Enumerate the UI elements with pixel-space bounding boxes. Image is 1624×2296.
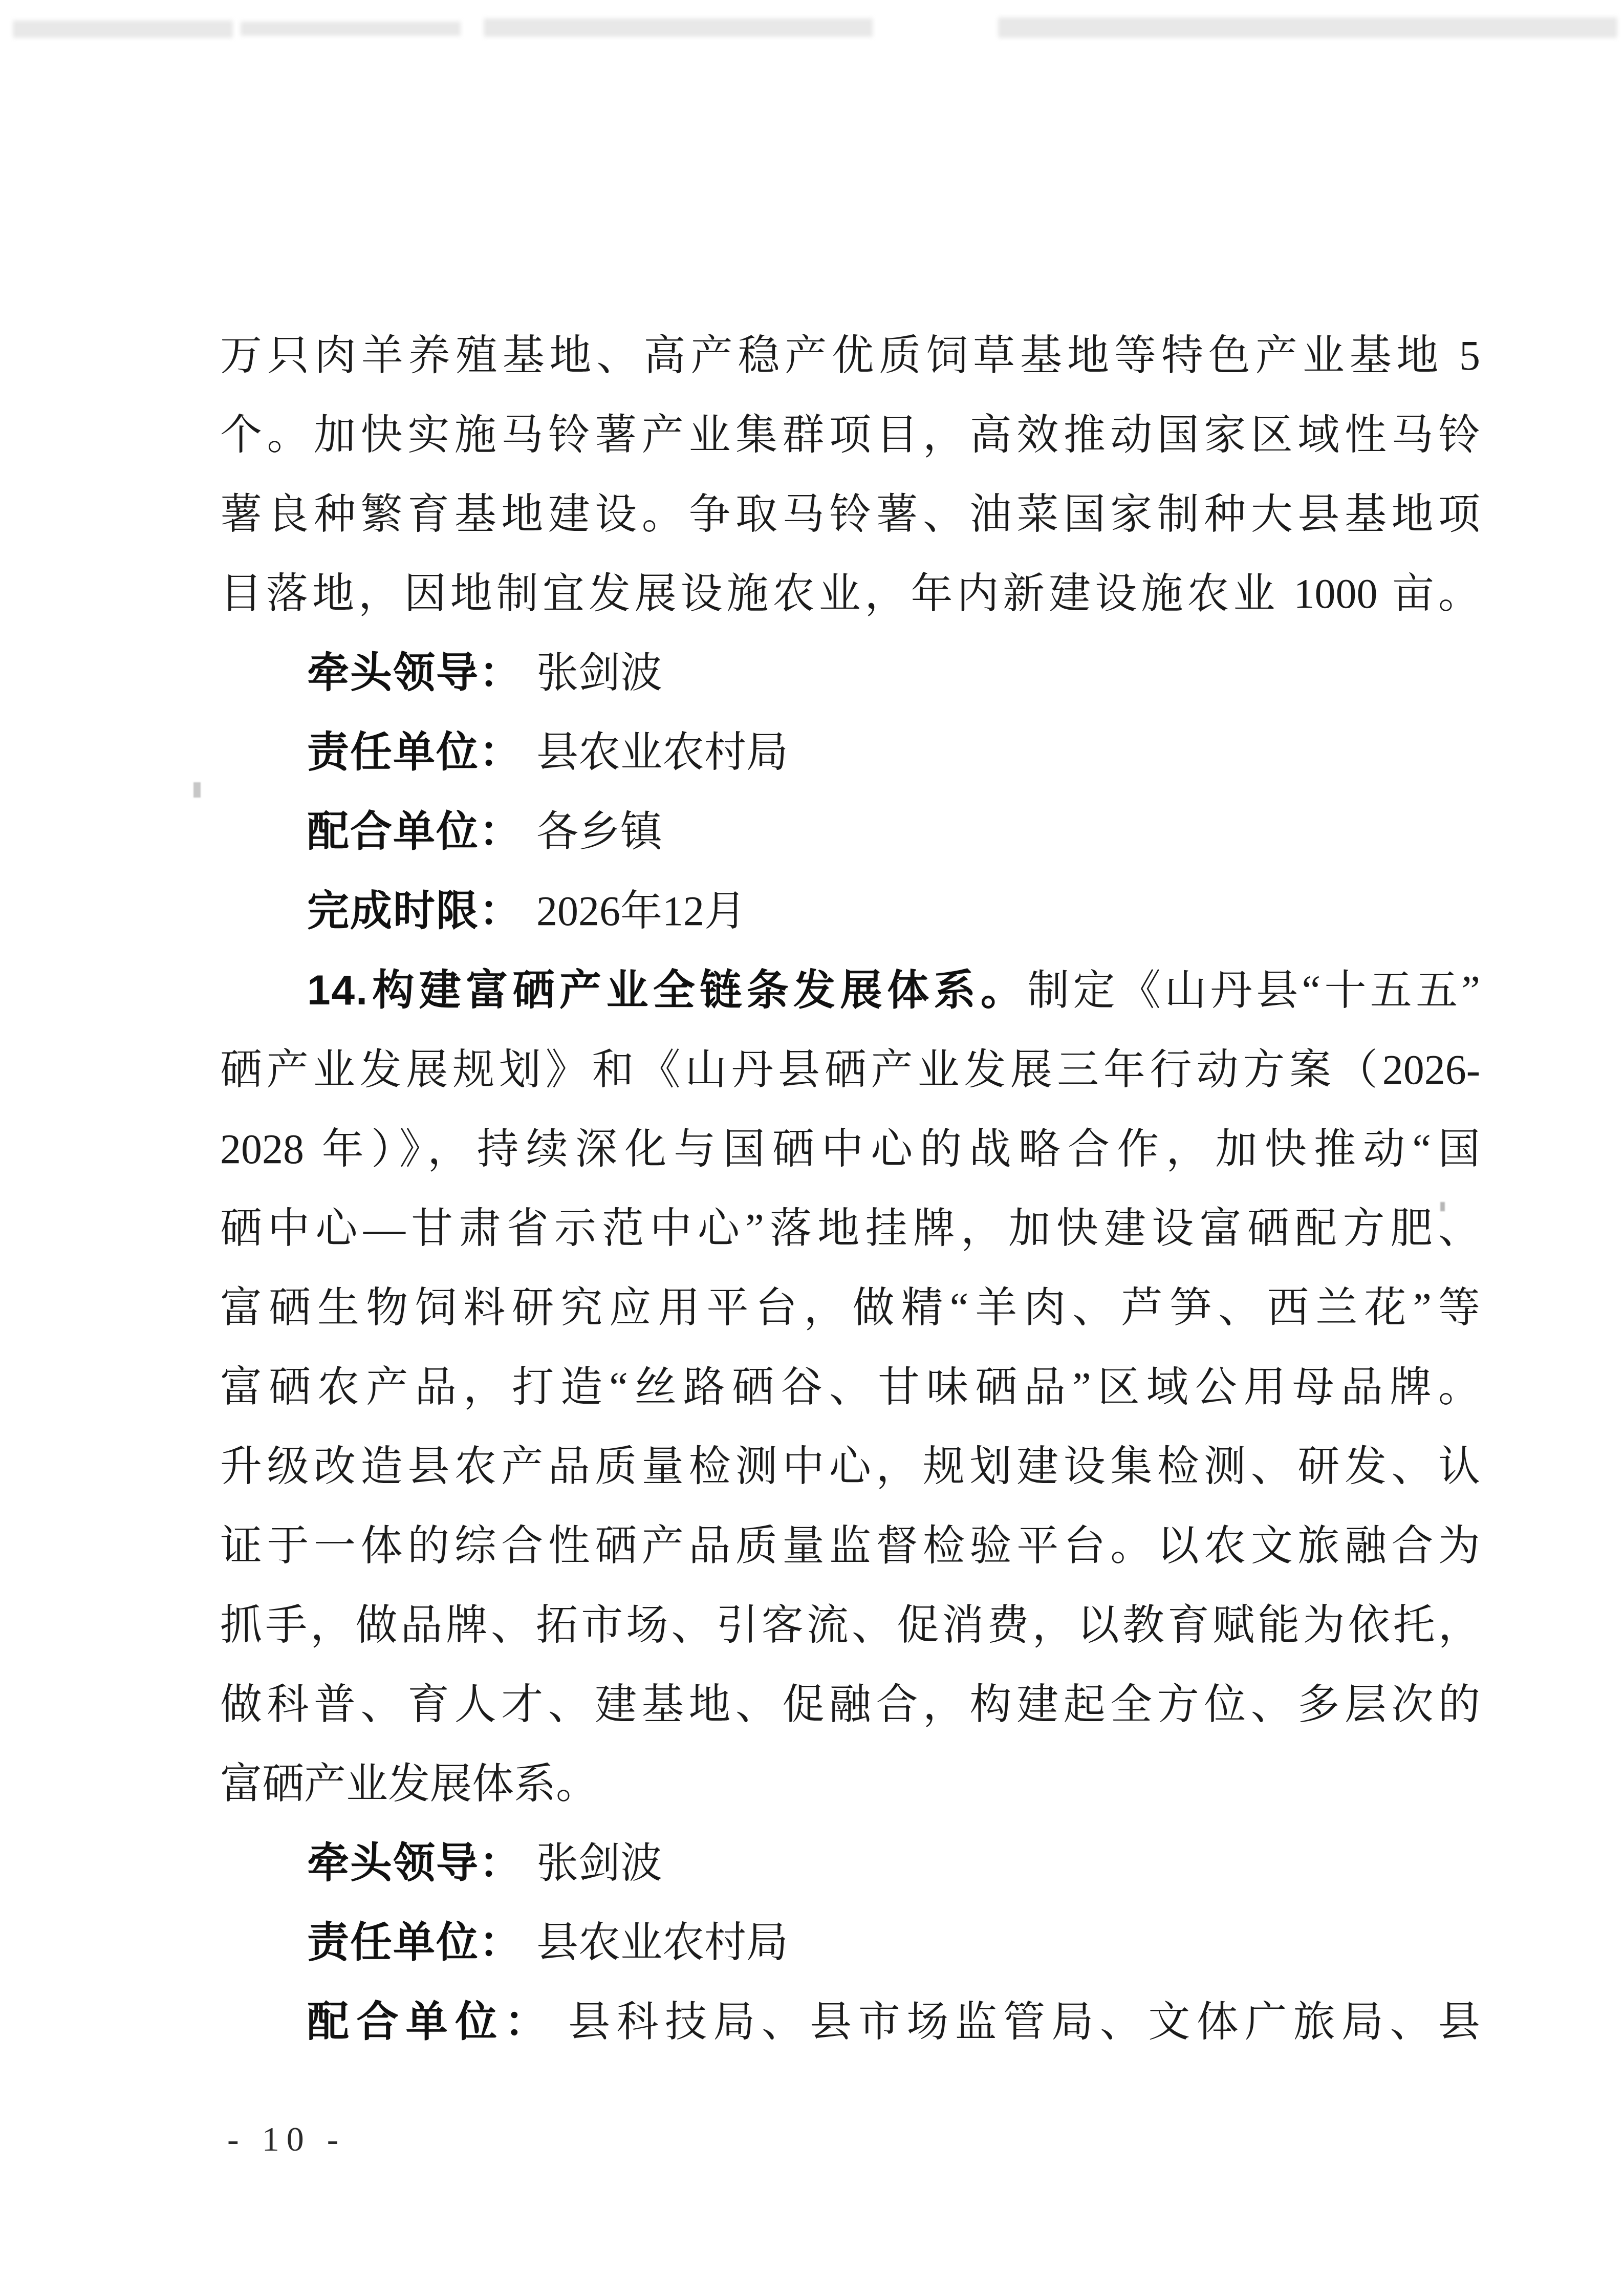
meta-value: 县科技局、县市场监管局、文体广旅局、县: [554, 1999, 1480, 2045]
body-line: 2028 年）》，持续深化与国硒中心的战略合作，加快推动“国: [220, 1109, 1480, 1189]
meta-value: 张剑波: [522, 1840, 662, 1886]
body-line: 升级改造县农产品质量检测中心，规划建设集检测、研发、认: [220, 1427, 1480, 1506]
meta-label: 配合单位：: [307, 1999, 554, 2045]
item14-heading: 14.构建富硒产业全链条发展体系。: [307, 967, 1027, 1014]
page-number: - 10 -: [227, 2113, 345, 2164]
body-line: 万只肉羊养殖基地、高产稳产优质饲草基地等特色产业基地 5: [220, 316, 1480, 395]
body-line: 富硒生物饲料研究应用平台，做精“羊肉、芦笋、西兰花”等: [220, 1268, 1480, 1347]
meta-line-lead-official: 牵头领导：张剑波: [220, 633, 1480, 713]
meta-label: 牵头领导：: [307, 1840, 522, 1886]
meta-label: 责任单位：: [307, 1919, 522, 1966]
scan-artifact: [484, 18, 873, 37]
body-line: 硒中心—甘肃省示范中心”落地挂牌，加快建设富硒配方肥、: [220, 1189, 1480, 1268]
document-content: 万只肉羊养殖基地、高产稳产优质饲草基地等特色产业基地 5 个。加快实施马铃薯产业…: [220, 316, 1480, 2062]
document-page: 万只肉羊养殖基地、高产稳产优质饲草基地等特色产业基地 5 个。加快实施马铃薯产业…: [0, 0, 1624, 2296]
body-line: 硒产业发展规划》和《山丹县硒产业发展三年行动方案（2026-: [220, 1030, 1480, 1109]
scan-artifact: [193, 782, 201, 798]
scan-artifact: [241, 22, 461, 36]
meta-line-cooperating-unit: 配合单位：各乡镇: [220, 792, 1480, 871]
meta-line-cooperating-unit: 配合单位：县科技局、县市场监管局、文体广旅局、县: [220, 1982, 1480, 2062]
meta-label: 完成时限：: [307, 888, 522, 934]
body-line: 个。加快实施马铃薯产业集群项目，高效推动国家区域性马铃: [220, 395, 1480, 475]
meta-line-responsible-unit: 责任单位：县农业农村局: [220, 713, 1480, 792]
meta-value: 各乡镇: [522, 808, 662, 855]
body-line: 薯良种繁育基地建设。争取马铃薯、油菜国家制种大县基地项: [220, 475, 1480, 554]
item14-heading-line: 14.构建富硒产业全链条发展体系。制定《山丹县“十五五”: [220, 951, 1480, 1030]
body-line: 目落地，因地制宜发展设施农业，年内新建设施农业 1000 亩。: [220, 554, 1480, 633]
meta-line-responsible-unit: 责任单位：县农业农村局: [220, 1903, 1480, 1982]
meta-label: 责任单位：: [307, 729, 522, 776]
item14-heading-tail: 制定《山丹县“十五五”: [1027, 967, 1480, 1014]
meta-value: 县农业农村局: [522, 729, 788, 776]
meta-label: 牵头领导：: [307, 650, 522, 696]
meta-value: 2026年12月: [522, 888, 746, 934]
meta-line-lead-official: 牵头领导：张剑波: [220, 1823, 1480, 1903]
body-line: 做科普、育人才、建基地、促融合，构建起全方位、多层次的: [220, 1665, 1480, 1744]
meta-value: 县农业农村局: [522, 1919, 788, 1966]
body-line: 证于一体的综合性硒产品质量监督检验平台。以农文旅融合为: [220, 1506, 1480, 1585]
meta-line-deadline: 完成时限：2026年12月: [220, 871, 1480, 951]
body-line: 抓手，做品牌、拓市场、引客流、促消费，以教育赋能为依托，: [220, 1585, 1480, 1665]
body-line: 富硒农产品，打造“丝路硒谷、甘味硒品”区域公用母品牌。: [220, 1347, 1480, 1427]
meta-value: 张剑波: [522, 650, 662, 696]
scan-artifact: [998, 17, 1617, 38]
meta-label: 配合单位：: [307, 808, 522, 855]
scan-artifact: [13, 20, 233, 38]
body-line-paragraph-end: 富硒产业发展体系。: [220, 1744, 1480, 1823]
